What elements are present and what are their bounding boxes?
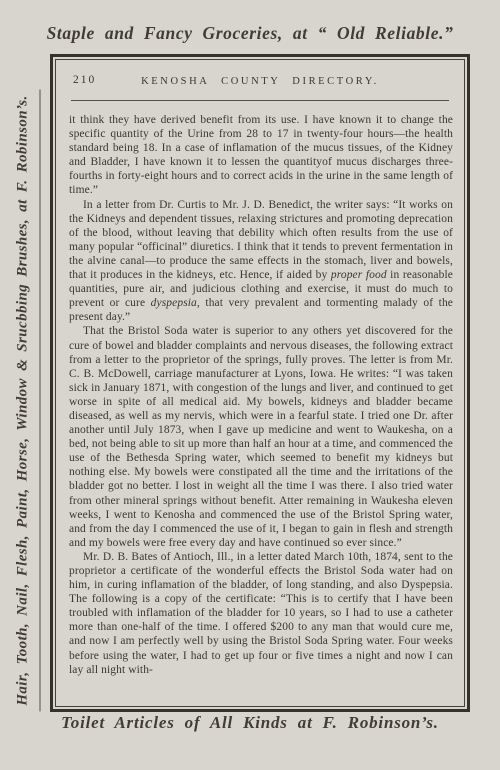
italic-text-segment: dyspepsia (151, 297, 197, 309)
page-frame: 210 KENOSHA COUNTY DIRECTORY. it think t… (50, 54, 470, 712)
text-segment: it think they have derived benefit from … (69, 114, 453, 196)
paragraph: In a letter from Dr. Curtis to Mr. J. D.… (69, 198, 453, 325)
paragraph: it think they have derived benefit from … (69, 113, 453, 198)
side-advertisement: Hair, Tooth, Nail, Flesh, Paint, Horse, … (8, 90, 41, 712)
running-head: 210 KENOSHA COUNTY DIRECTORY. (56, 60, 464, 91)
scanned-directory-page: Staple and Fancy Groceries, at “ Old Rel… (0, 0, 500, 770)
text-segment: Mr. D. B. Bates of Antioch, Ill., in a l… (69, 551, 453, 676)
bottom-advertisement: Toilet Articles of All Kinds at F. Robin… (30, 713, 470, 733)
paragraph: Mr. D. B. Bates of Antioch, Ill., in a l… (69, 550, 453, 677)
body-text: it think they have derived benefit from … (69, 113, 453, 677)
page-number: 210 (73, 74, 96, 86)
header-rule (71, 100, 449, 101)
italic-text-segment: proper food (331, 269, 387, 281)
paragraph: That the Bristol Soda water is superior … (69, 324, 453, 550)
text-segment: That the Bristol Soda water is superior … (69, 325, 453, 548)
top-advertisement: Staple and Fancy Groceries, at “ Old Rel… (30, 23, 470, 44)
directory-title: KENOSHA COUNTY DIRECTORY. (56, 76, 464, 87)
page-frame-inner-rule: 210 KENOSHA COUNTY DIRECTORY. it think t… (55, 59, 465, 707)
